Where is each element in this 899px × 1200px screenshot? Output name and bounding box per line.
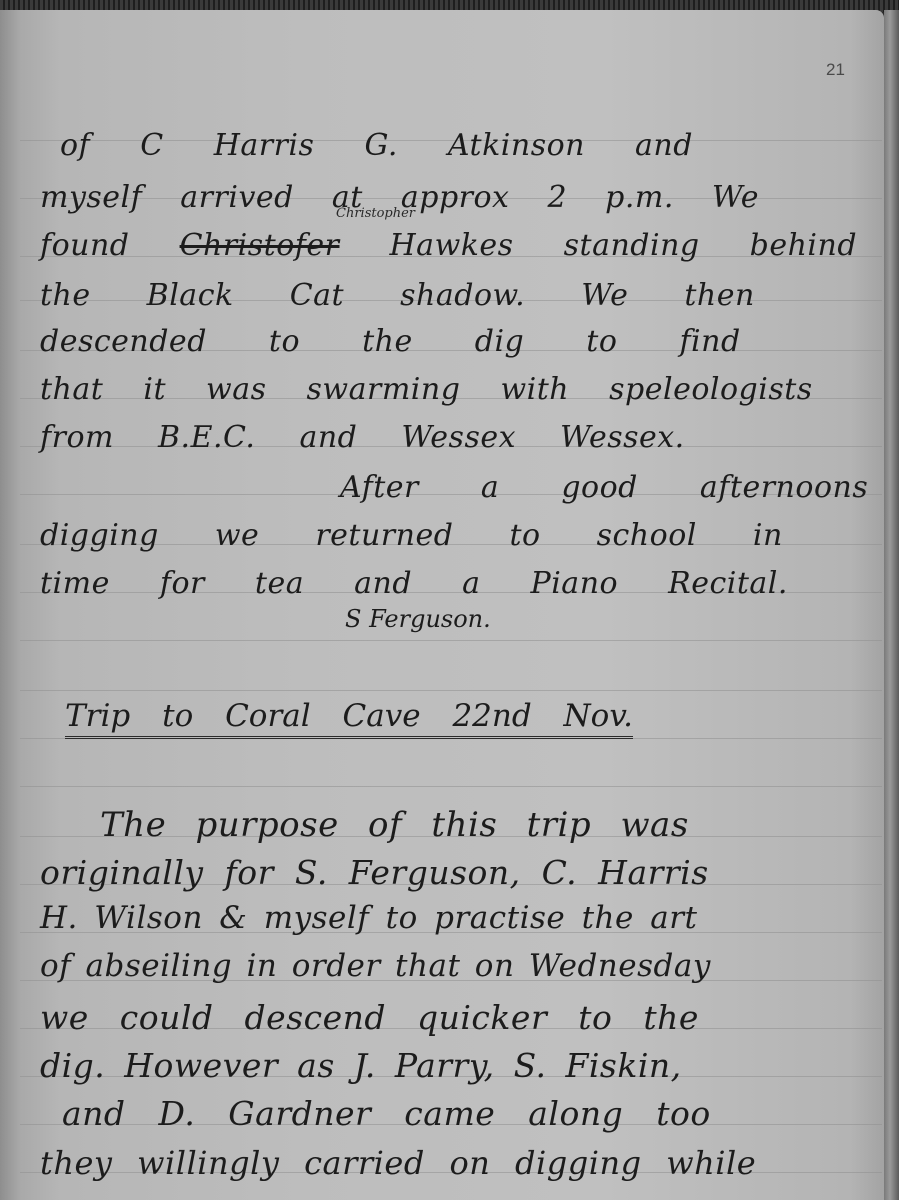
ruled-line bbox=[20, 640, 882, 641]
handwritten-line: we could descend quicker to the bbox=[40, 998, 880, 1037]
handwritten-line: myself arrived at approx 2 p.m. We bbox=[40, 180, 880, 215]
handwritten-line: dig. However as J. Parry, S. Fiskin, bbox=[40, 1046, 880, 1085]
handwritten-line: and D. Gardner came along too bbox=[62, 1094, 899, 1133]
handwritten-line: digging we returned to school in bbox=[40, 518, 880, 553]
handwritten-insertion: Christopher bbox=[336, 206, 415, 221]
line-rest: Hawkes standing behind bbox=[339, 228, 857, 263]
handwritten-line: After a good afternoons bbox=[340, 470, 899, 505]
page-number: 21 bbox=[826, 60, 845, 80]
handwritten-line: H. Wilson & myself to practise the art bbox=[40, 900, 880, 936]
handwritten-line: time for tea and a Piano Recital. bbox=[40, 566, 880, 601]
handwritten-line: they willingly carried on digging while bbox=[40, 1144, 880, 1182]
handwritten-line: of C Harris G. Atkinson and bbox=[60, 128, 899, 163]
handwritten-line: of abseiling in order that on Wednesday bbox=[40, 948, 880, 984]
handwritten-line: from B.E.C. and Wessex Wessex. bbox=[40, 420, 880, 455]
line-start: found bbox=[40, 228, 130, 263]
entry-heading: Trip to Coral Cave 22nd Nov. bbox=[65, 698, 633, 739]
handwritten-line: that it was swarming with speleologists bbox=[40, 372, 880, 407]
notebook-page-edge bbox=[884, 10, 899, 1200]
handwritten-line: the Black Cat shadow. We then bbox=[40, 278, 880, 313]
signature: S Ferguson. bbox=[345, 605, 491, 633]
handwritten-line: descended to the dig to find bbox=[40, 324, 880, 359]
ruled-line bbox=[20, 786, 882, 787]
handwritten-line: found Christofer Hawkes standing behind bbox=[40, 228, 880, 263]
ruled-line bbox=[20, 690, 882, 691]
notebook-page: 21 of C Harris G. Atkinson and myself ar… bbox=[0, 10, 884, 1200]
handwritten-line: originally for S. Ferguson, C. Harris bbox=[40, 853, 880, 892]
handwritten-line: The purpose of this trip was bbox=[100, 805, 899, 845]
struck-out-word: Christofer bbox=[180, 228, 340, 263]
